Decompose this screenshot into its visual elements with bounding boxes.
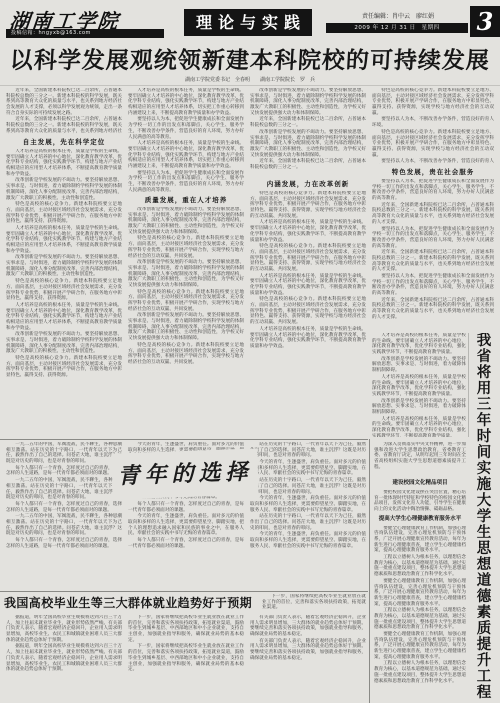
main-subhead-4: 特色发展，贵在社会服务 [372, 168, 494, 176]
right-article-subhead-2: 提高大学生心理健康教育服务水平 [374, 516, 466, 523]
section-divider-bottom [0, 591, 368, 592]
column-text: 近年来，全国新建本科院校已达二百余所，占普通本科院校总数的三分之一。新建本科院校… [6, 88, 122, 134]
vertical-title-divider [468, 333, 469, 437]
vertical-divider [369, 439, 370, 703]
newspaper-page: { "masthead": { "logo": "湖南工学院", "email_… [0, 0, 500, 703]
column-text: 改革创新是学校发展的不竭动力。要坚持解放思想、实事求是、与时俱进，着力破除制约学… [250, 88, 366, 176]
section-title-box: 理论与实践 [184, 9, 312, 36]
right-article-subhead-1: 建设校园文化精品项目 [374, 480, 466, 487]
column-text: 为深入贯彻落实中央文件精神，进一步加强和改进大学生思想政治教育，省委教育工委、省… [374, 442, 466, 476]
main-article-column-2: 人才培养是高校的根本任务，质量是学校的生命线。要牢固确立人才培养的中心地位，深化… [128, 88, 244, 437]
column-text: 特色是高校的核心竞争力。新建本科院校要立足地方、面向基层，主动对接区域经济社会发… [372, 88, 494, 164]
right-article-vertical-headline: 我省将用三年时间实施大学生思想道德素质提升工程 [470, 333, 498, 703]
newspaper-logo: 湖南工学院 [9, 5, 172, 29]
headline-divider [0, 85, 500, 86]
main-subhead-1: 自主发展，先在科学定位 [6, 138, 122, 146]
column-text: 改革创新是学校发展的不竭动力。要坚持解放思想、实事求是、与时俱进，着力破除制约学… [128, 207, 244, 433]
main-subhead-3: 内涵发展，力在改革创新 [250, 180, 366, 188]
youth-article-column-3: 站在历史的十字路口，一代青年以天下为己任，毅然作出了自己的选择。问苍茫大地，谁主… [250, 442, 366, 589]
column-text: 人才培养是高校的根本任务，质量是学校的生命线。要牢固确立人才培养的中心地位，深化… [128, 88, 244, 192]
column-text: 人才培养是高校的根本任务，质量是学校的生命线。要牢固确立人才培养的中心地位，深化… [6, 149, 122, 433]
page-number-badge: 3 [470, 6, 500, 37]
bottom-article-column-2: 下一步，国家将继续把高校毕业生就业放在就业工作的首位，完善和落实各项扶持政策，拓… [128, 615, 244, 701]
section-divider-top [0, 439, 368, 440]
main-headline: 以科学发展观统领新建本科院校的可持续发展 [5, 42, 495, 74]
bottom-article-side-text: 下一步，国家将继续把高校毕业生就业放在就业工作的首位，完善和落实各项扶持政策，拓… [262, 594, 366, 612]
column-text: 要健全心理健康教育工作机制，加强心理咨询队伍建设，完善心理危机预防与干预体系，广… [374, 526, 466, 694]
bottom-article-column-1: 据报道，明年全国高校毕业生规模将达到六百三十万人，加上往届未就业毕业生，就业形势… [6, 615, 122, 701]
main-article-column-4-upper: 特色是高校的核心竞争力。新建本科院校要立足地方、面向基层，主动对接区域经济社会发… [372, 88, 494, 330]
youth-article-title: 青年的选择 [111, 448, 259, 499]
main-article-column-4-lower: 人才培养是高校的根本任务，质量是学校的生命线。要牢固确立人才培养的中心地位，深化… [372, 333, 466, 437]
bottom-article-headline: 我国高校毕业生等三大群体就业趋势好于预期 [4, 594, 258, 611]
main-subhead-2: 质量发展，重在人才培养 [128, 196, 244, 204]
main-article-column-3: 改革创新是学校发展的不竭动力。要坚持解放思想、实事求是、与时俱进，着力破除制约学… [250, 88, 366, 437]
date-bar: 2009 年 12 月 31 日 星期四 [326, 23, 468, 33]
bottom-article-column-3: 有关部门负责人表示，随着宏观经济企稳回升，企业用人需求明显增加，三大群体的就业趋… [250, 615, 366, 701]
submission-email-bar: 投稿信箱：hngyxb@163.com [6, 29, 164, 38]
editors-credit: 责任编辑：肖中云 廖红娟 [328, 11, 468, 20]
column-text: 要坚持以人为本，把促进学生健康成长和全面发展作为学校一切工作的出发点和落脚点，关… [372, 179, 494, 327]
main-byline: 湖南工学院党委书记 全春明 湖南工学院院长 罗 兵 [0, 76, 500, 84]
column-text: 要把校园文化建设摆在突出位置，精心培育一批体现时代特征和学校特色的校园文化精品项… [374, 490, 466, 512]
main-article-column-1: 近年来，全国新建本科院校已达二百余所，占普通本科院校总数的三分之一。新建本科院校… [6, 88, 122, 437]
youth-article-column-1: 一九二五年的中国，军阀混战，民不聊生，各种思潮相互激荡。站在历史的十字路口，一代… [6, 442, 122, 589]
column-text: 特色是高校的核心竞争力。新建本科院校要立足地方、面向基层，主动对接区域经济社会发… [250, 191, 366, 433]
right-article-body: 为深入贯彻落实中央文件精神，进一步加强和改进大学生思想政治教育，省委教育工委、省… [374, 442, 466, 703]
